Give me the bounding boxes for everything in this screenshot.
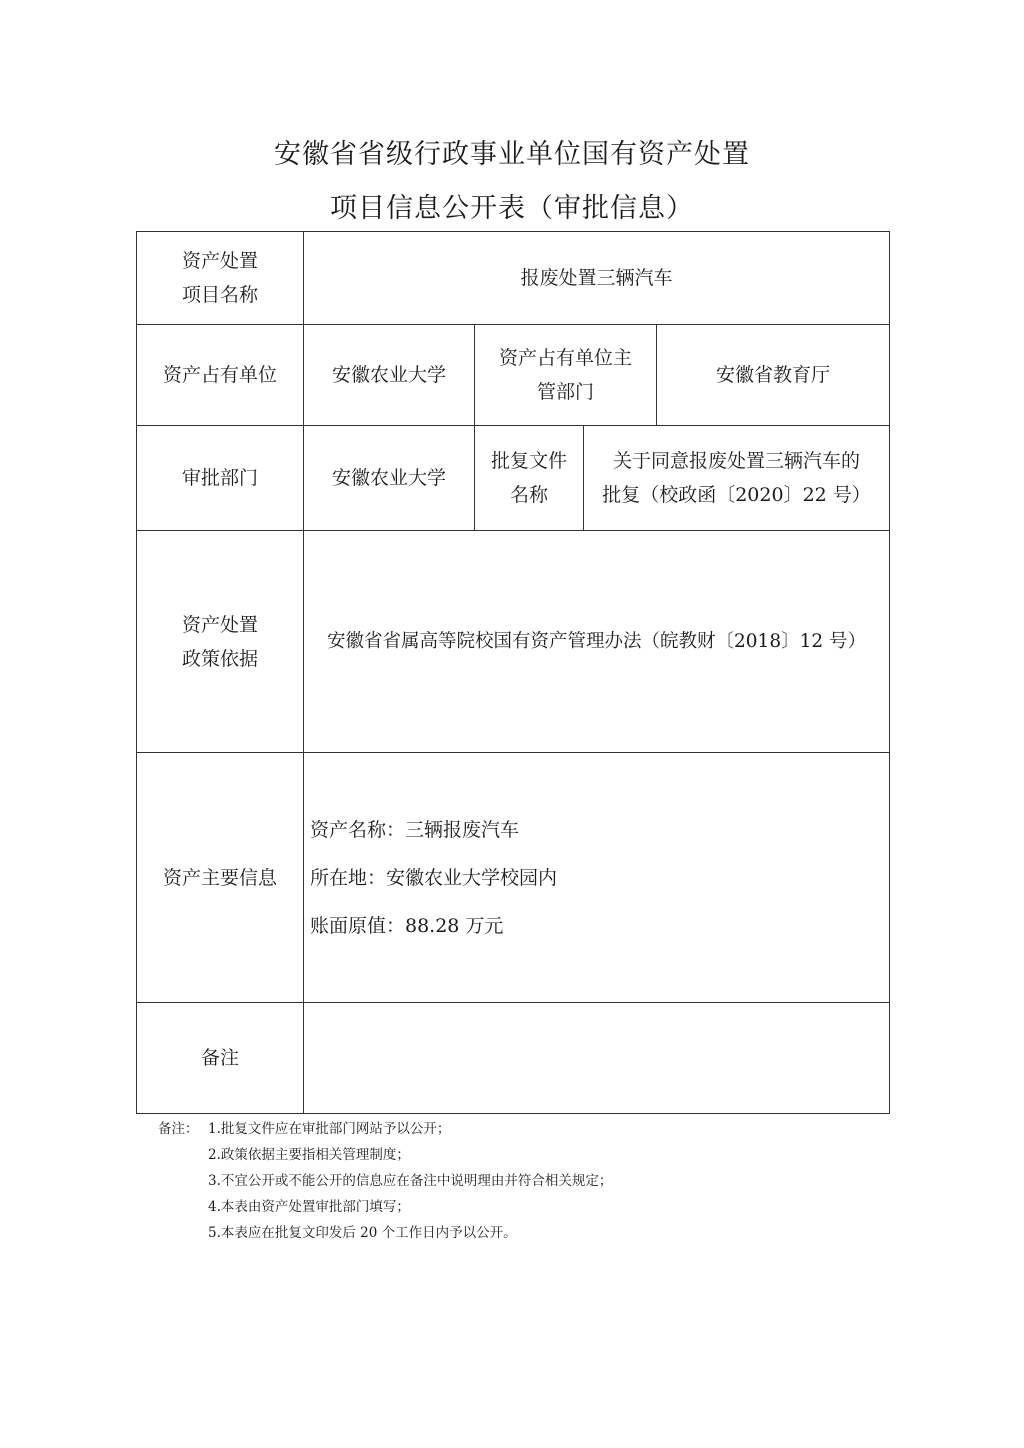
policy-label: 资产处置 政策依据 (137, 531, 304, 753)
info-table: 资产处置 项目名称 报废处置三辆汽车 资产占有单位 安徽农业大学 资产占有单位主… (136, 231, 890, 1114)
label-line: 项目名称 (143, 278, 297, 312)
approval-doc-value: 关于同意报废处置三辆汽车的 批复（校政函〔2020〕22 号） (584, 426, 890, 531)
footnotes: 备注： 1.批复文件应在审批部门网站予以公开； 2.政策依据主要指相关管理制度；… (158, 1116, 612, 1246)
asset-info-label: 资产主要信息 (137, 753, 304, 1003)
project-name-label: 资产处置 项目名称 (137, 232, 304, 325)
label-line: 政策依据 (143, 642, 297, 676)
approval-doc-label: 批复文件 名称 (475, 426, 584, 531)
label-line: 资产占有单位主 (481, 341, 650, 375)
footnote-item: 4.本表由资产处置审批部门填写； (208, 1194, 612, 1220)
document-title-line2: 项目信息公开表（审批信息） (0, 186, 1024, 225)
approval-dept-label: 审批部门 (137, 426, 304, 531)
project-name-value: 报废处置三辆汽车 (304, 232, 890, 325)
row-owner-unit: 资产占有单位 安徽农业大学 资产占有单位主 管部门 安徽省教育厅 (137, 325, 890, 426)
row-approval: 审批部门 安徽农业大学 批复文件 名称 关于同意报废处置三辆汽车的 批复（校政函… (137, 426, 890, 531)
approval-dept-value: 安徽农业大学 (304, 426, 475, 531)
owner-unit-value: 安徽农业大学 (304, 325, 475, 426)
footnotes-label: 备注： (158, 1116, 208, 1246)
label-line: 资产处置 (143, 608, 297, 642)
label-line: 资产处置 (143, 244, 297, 278)
owner-supervisor-label: 资产占有单位主 管部门 (475, 325, 657, 426)
row-policy: 资产处置 政策依据 安徽省省属高等院校国有资产管理办法（皖教财〔2018〕12 … (137, 531, 890, 753)
footnote-item: 2.政策依据主要指相关管理制度； (208, 1142, 612, 1168)
row-project-name: 资产处置 项目名称 报废处置三辆汽车 (137, 232, 890, 325)
footnote-item: 1.批复文件应在审批部门网站予以公开； (208, 1116, 612, 1142)
label-line: 批复文件 (481, 444, 577, 478)
footnote-item: 3.不宜公开或不能公开的信息应在备注中说明理由并符合相关规定； (208, 1168, 612, 1194)
policy-value: 安徽省省属高等院校国有资产管理办法（皖教财〔2018〕12 号） (304, 531, 890, 753)
label-line: 管部门 (481, 375, 650, 409)
remarks-value (304, 1003, 890, 1114)
row-remarks: 备注 (137, 1003, 890, 1114)
owner-unit-label: 资产占有单位 (137, 325, 304, 426)
asset-book-value: 账面原值：88.28 万元 (310, 902, 883, 950)
asset-info-value: 资产名称：三辆报废汽车 所在地：安徽农业大学校园内 账面原值：88.28 万元 (304, 753, 890, 1003)
asset-name: 资产名称：三辆报废汽车 (310, 806, 883, 854)
value-line: 关于同意报废处置三辆汽车的 (590, 444, 883, 478)
remarks-label: 备注 (137, 1003, 304, 1114)
footnote-item: 5.本表应在批复文印发后 20 个工作日内予以公开。 (208, 1220, 612, 1246)
document-title-line1: 安徽省省级行政事业单位国有资产处置 (0, 132, 1024, 171)
label-line: 名称 (481, 478, 577, 512)
owner-supervisor-value: 安徽省教育厅 (657, 325, 890, 426)
row-asset-info: 资产主要信息 资产名称：三辆报废汽车 所在地：安徽农业大学校园内 账面原值：88… (137, 753, 890, 1003)
asset-location: 所在地：安徽农业大学校园内 (310, 854, 883, 902)
value-line: 批复（校政函〔2020〕22 号） (590, 478, 883, 512)
